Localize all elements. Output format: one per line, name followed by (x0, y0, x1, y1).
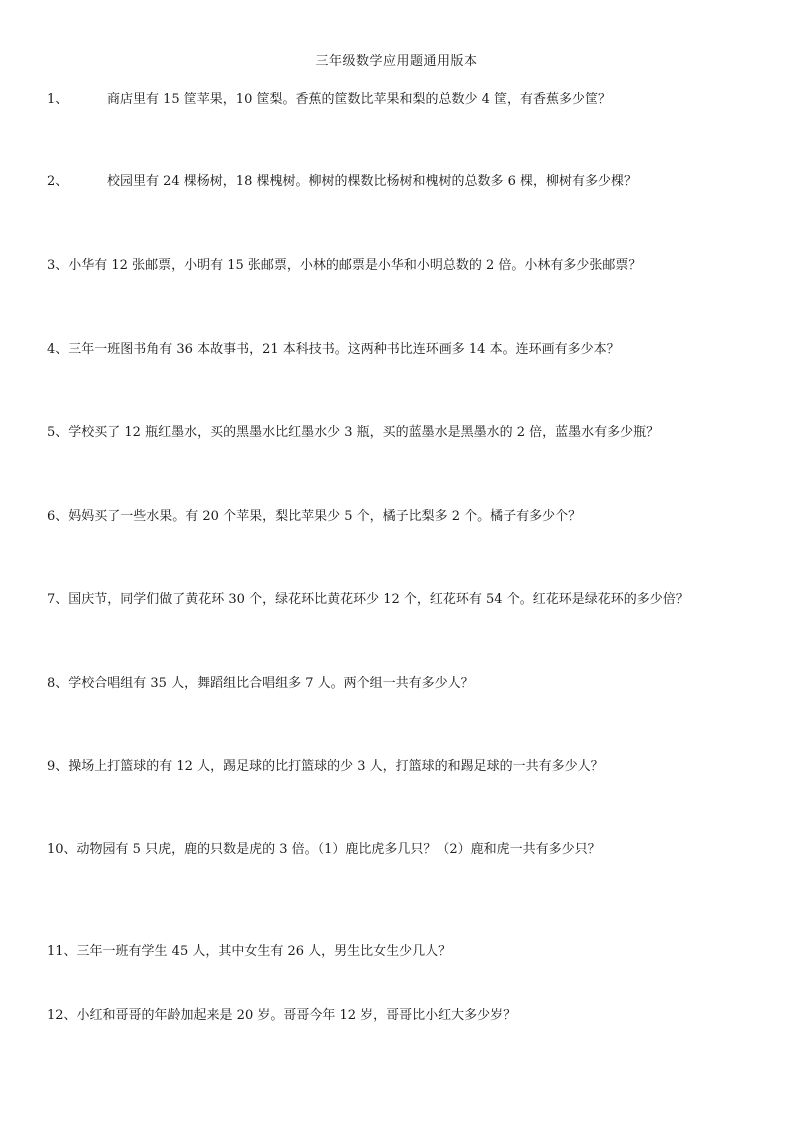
question-text: 动物园有 5 只虎，鹿的只数是虎的 3 倍。（1）鹿比虎多几只？（2）鹿和虎一共… (77, 842, 601, 857)
question-2: 2、校园里有 24 棵杨树，18 棵槐树。柳树的棵数比杨树和槐树的总数多 6 棵… (47, 173, 637, 191)
question-text: 学校合唱组有 35 人，舞蹈组比合唱组多 7 人。两个组一共有多少人？ (68, 676, 473, 691)
question-5: 5、学校买了 12 瓶红墨水，买的黑墨水比红墨水少 3 瓶，买的蓝墨水是黑墨水的… (47, 424, 659, 442)
question-number: 3、 (47, 257, 68, 275)
question-4: 4、三年一班图书角有 36 本故事书，21 本科技书。这两种书比连环画多 14 … (47, 341, 620, 359)
question-text: 国庆节，同学们做了黄花环 30 个，绿花环比黄花环少 12 个，红花环有 54 … (68, 592, 688, 607)
question-number: 8、 (47, 675, 68, 693)
question-text: 三年一班有学生 45 人，其中女生有 26 人，男生比女生少几人？ (77, 944, 452, 959)
question-3: 3、小华有 12 张邮票，小明有 15 张邮票，小林的邮票是小华和小明总数的 2… (47, 257, 641, 275)
question-12: 12、小红和哥哥的年龄加起来是 20 岁。哥哥今年 12 岁，哥哥比小红大多少岁… (47, 1007, 516, 1025)
question-number: 9、 (47, 758, 68, 776)
question-number: 12、 (47, 1007, 77, 1025)
question-text: 妈妈买了一些水果。有 20 个苹果，梨比苹果少 5 个，橘子比梨多 2 个。橘子… (68, 509, 581, 524)
question-6: 6、妈妈买了一些水果。有 20 个苹果，梨比苹果少 5 个，橘子比梨多 2 个。… (47, 508, 581, 526)
question-number: 6、 (47, 508, 68, 526)
question-11: 11、三年一班有学生 45 人，其中女生有 26 人，男生比女生少几人？ (47, 943, 451, 961)
question-number: 5、 (47, 424, 68, 442)
question-9: 9、操场上打篮球的有 12 人，踢足球的比打篮球的少 3 人，打篮球的和踢足球的… (47, 758, 604, 776)
question-text: 小华有 12 张邮票，小明有 15 张邮票，小林的邮票是小华和小明总数的 2 倍… (68, 258, 641, 273)
question-8: 8、学校合唱组有 35 人，舞蹈组比合唱组多 7 人。两个组一共有多少人？ (47, 675, 474, 693)
question-text: 操场上打篮球的有 12 人，踢足球的比打篮球的少 3 人，打篮球的和踢足球的一共… (68, 759, 603, 774)
question-number: 10、 (47, 841, 77, 859)
question-text: 小红和哥哥的年龄加起来是 20 岁。哥哥今年 12 岁，哥哥比小红大多少岁？ (77, 1008, 517, 1023)
question-number: 2、 (47, 173, 107, 191)
question-number: 4、 (47, 341, 68, 359)
question-text: 校园里有 24 棵杨树，18 棵槐树。柳树的棵数比杨树和槐树的总数多 6 棵，柳… (107, 174, 637, 189)
question-10: 10、动物园有 5 只虎，鹿的只数是虎的 3 倍。（1）鹿比虎多几只？（2）鹿和… (47, 841, 601, 859)
question-7: 7、国庆节，同学们做了黄花环 30 个，绿花环比黄花环少 12 个，红花环有 5… (47, 591, 689, 609)
page-title: 三年级数学应用题通用版本 (0, 50, 793, 69)
question-number: 11、 (47, 943, 77, 961)
question-text: 三年一班图书角有 36 本故事书，21 本科技书。这两种书比连环画多 14 本。… (68, 342, 619, 357)
question-text: 商店里有 15 筐苹果，10 筐梨。香蕉的筐数比苹果和梨的总数少 4 筐，有香蕉… (107, 92, 611, 107)
question-text: 学校买了 12 瓶红墨水，买的黑墨水比红墨水少 3 瓶，买的蓝墨水是黑墨水的 2… (68, 425, 659, 440)
question-number: 1、 (47, 91, 107, 109)
question-number: 7、 (47, 591, 68, 609)
question-1: 1、商店里有 15 筐苹果，10 筐梨。香蕉的筐数比苹果和梨的总数少 4 筐，有… (47, 91, 611, 109)
